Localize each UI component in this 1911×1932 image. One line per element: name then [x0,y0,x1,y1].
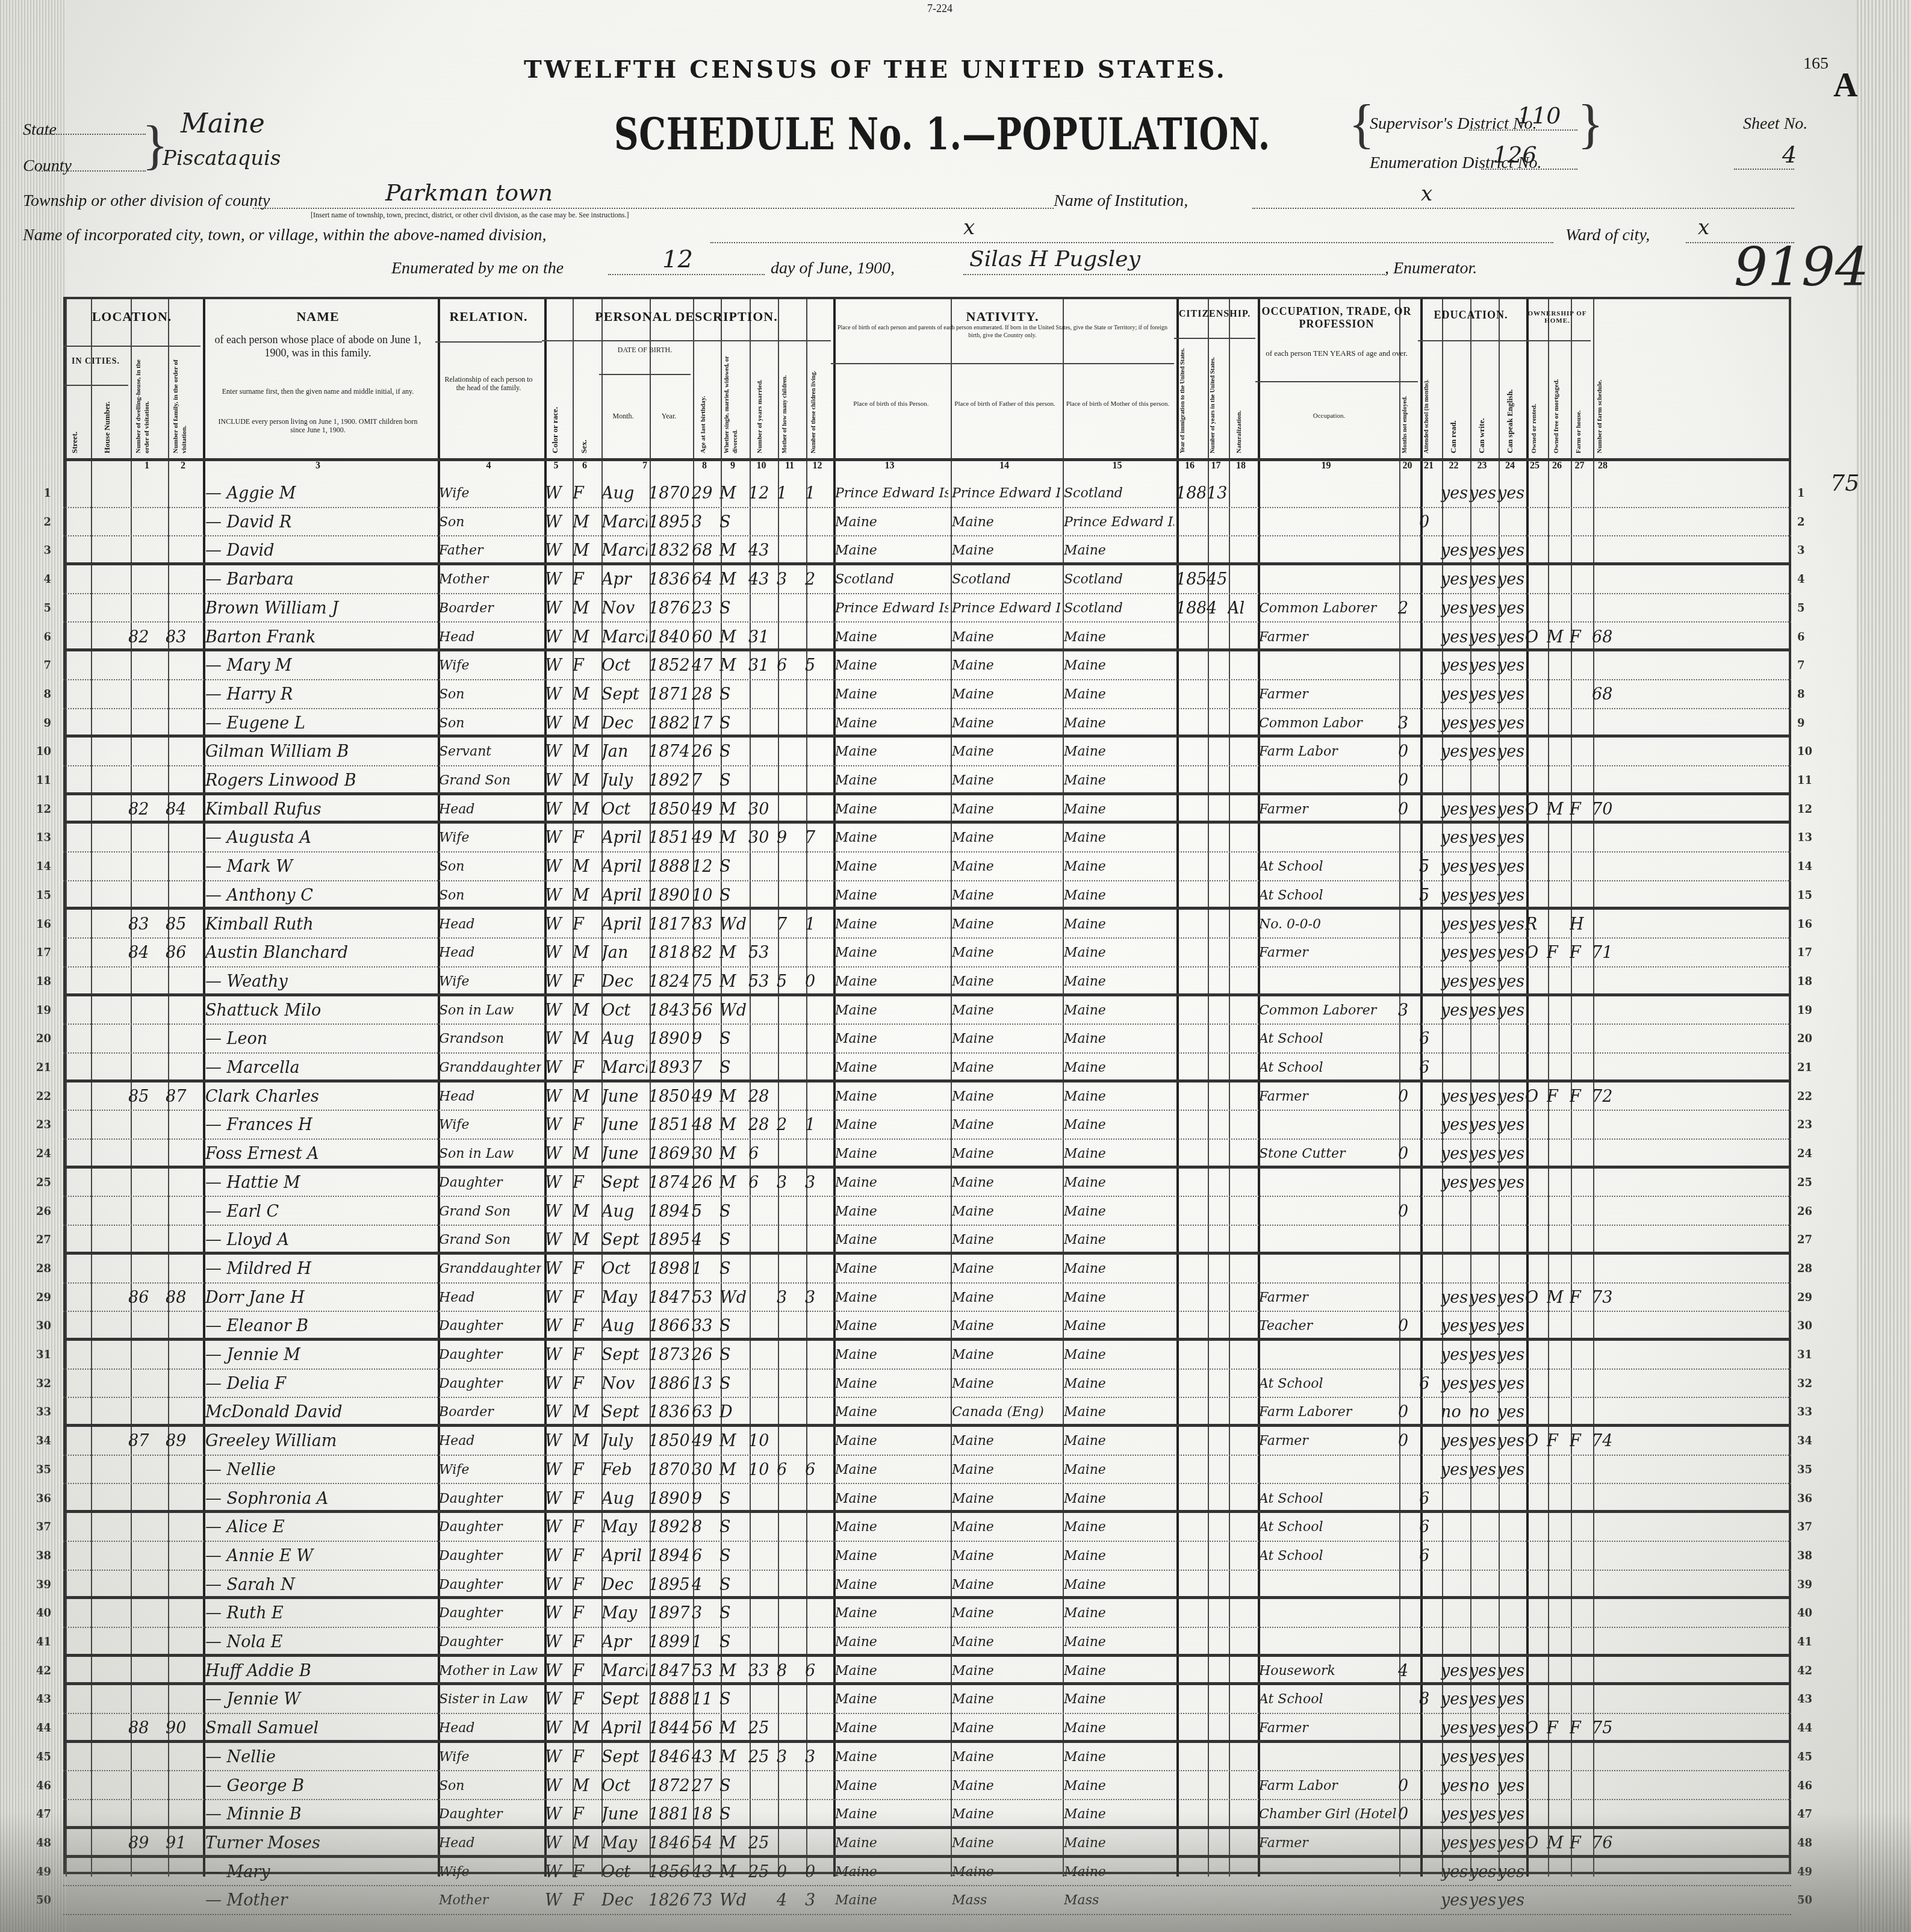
age: 7 [692,1056,718,1080]
months-unemployed [1398,941,1418,965]
birth-month: Feb [601,1458,647,1482]
owned-rented [1525,1200,1546,1224]
spacer [54,134,144,135]
can-read [1441,1515,1468,1539]
birthplace-father: Maine [952,626,1060,650]
table-row: 2424Foss Ernest ASon in LawWMJune186930M… [63,1140,1791,1169]
color-race: W [545,740,570,764]
can-read: yes [1441,740,1468,764]
can-speak-english: yes [1497,740,1524,764]
birthplace-father: Maine [952,1085,1060,1109]
relation: Head [439,1716,541,1741]
birthplace-mother: Maine [1064,1688,1174,1712]
sex: F [573,1286,598,1310]
can-write: no [1469,1774,1496,1798]
age: 9 [692,1027,718,1051]
mother-of-children [777,1228,804,1252]
months-unemployed [1398,1573,1418,1597]
line-number-right: 12 [1797,798,1821,822]
marital-status: S [719,1688,747,1712]
years-married: 43 [748,568,775,592]
marital-status: M [719,1745,747,1769]
months-unemployed [1398,1257,1418,1281]
line-number: 26 [27,1200,51,1224]
can-write: yes [1469,568,1496,592]
family-number: 88 [166,1286,200,1310]
birth-year: 1898 [648,1257,689,1281]
birth-month: March [601,1659,647,1683]
age: 7 [692,769,718,793]
years-in-us [1207,712,1226,736]
farm-house [1570,1659,1591,1683]
birthplace-mother: Maine [1064,539,1174,563]
table-row: 16168385Kimball RuthHeadWFApril181783Wd7… [63,910,1791,939]
children-living [805,884,831,908]
naturalization [1228,1257,1255,1281]
sex: F [573,1343,598,1367]
sex: F [573,1314,598,1338]
person-name: Greeley William [205,1429,434,1453]
table-row: 1111Rogers Linwood BGrand SonWMJuly18927… [63,766,1791,795]
naturalization [1228,539,1255,563]
family-number [166,539,200,563]
marital-status: M [719,1458,747,1482]
birthplace-mother: Maine [1064,1171,1174,1195]
birthplace-mother: Maine [1064,1085,1174,1109]
line-number: 34 [27,1429,51,1453]
farm-house [1570,1142,1591,1166]
age: 53 [692,1659,718,1683]
owned-rented [1525,1458,1546,1482]
birthplace-father: Maine [952,1142,1060,1166]
owned-rented [1525,1142,1546,1166]
birth-year: 1892 [648,1515,689,1539]
owned-rented [1525,1228,1546,1252]
can-write [1469,1200,1496,1224]
years-in-us [1207,769,1226,793]
family-number [166,740,200,764]
children-living [805,1515,831,1539]
can-read: yes [1441,884,1468,908]
birthplace-father: Maine [952,1257,1060,1281]
farm-house: H [1570,913,1591,937]
birthplace-father: Maine [952,884,1060,908]
color-race: W [545,1716,570,1741]
years-married: 12 [748,482,775,506]
birth-year: 1847 [648,1659,689,1683]
months-unemployed [1398,855,1418,879]
nativity-person-label: Place of birth of this Person. [837,399,945,409]
person-name: Shattuck Milo [205,999,434,1023]
farm-schedule-number [1592,1372,1616,1396]
school-months [1419,740,1440,764]
school-months [1419,798,1440,822]
nativity-description: Place of birth of each person and parent… [837,324,1168,340]
relation: Son [439,511,541,535]
months-unemployed [1398,511,1418,535]
years-married: 53 [748,941,775,965]
farm-house [1570,1630,1591,1654]
sex: F [573,654,598,678]
relation: Head [439,626,541,650]
can-read: yes [1441,970,1468,994]
marital-status: M [719,568,747,592]
birthplace-mother: Maine [1064,1429,1174,1453]
occupation: Farm Labor [1259,1774,1397,1798]
birthplace-father: Maine [952,1372,1060,1396]
family-number [166,1113,200,1137]
can-speak-english: yes [1497,1716,1524,1741]
school-months [1419,1142,1440,1166]
can-speak-english [1497,1200,1524,1224]
immigration-year [1176,539,1205,563]
years-in-us [1207,941,1226,965]
institution-label: Name of Institution, [1054,191,1188,211]
color-race: W [545,1228,570,1252]
children-living: 1 [805,913,831,937]
occupation [1259,568,1397,592]
person-name: Foss Ernest A [205,1142,434,1166]
children-living [805,1372,831,1396]
farm-schedule-number [1592,1515,1616,1539]
free-mortgaged: M [1547,798,1568,822]
naturalization [1228,1286,1255,1310]
occupation: At School [1259,1688,1397,1712]
occupation [1259,769,1397,793]
person-name: Huff Addie B [205,1659,434,1683]
birthplace-father: Maine [952,1113,1060,1137]
mother-of-children [777,798,804,822]
occupation: Common Labor [1259,712,1397,736]
naturalization [1228,1200,1255,1224]
birth-month: Sept [601,1745,647,1769]
immigration-year [1176,1056,1205,1080]
can-write: yes [1469,1314,1496,1338]
can-read [1441,1056,1468,1080]
name-instruction: Enter surname first, then the given name… [214,387,422,396]
farm-house [1570,1400,1591,1424]
occupation [1259,539,1397,563]
birthplace-person: Maine [835,1659,948,1683]
free-mortgaged: F [1547,1716,1568,1741]
colnum: 1 [128,461,166,471]
marital-status: M [719,1716,747,1741]
children-living: 0 [805,970,831,994]
age: 17 [692,712,718,736]
months-unemployed [1398,683,1418,707]
colnum: 12 [804,461,831,471]
immigration-year [1176,1745,1205,1769]
family-number [166,1228,200,1252]
family-number [166,1573,200,1597]
sex: F [573,482,598,506]
months-unemployed [1398,1228,1418,1252]
years-married [748,999,775,1023]
can-speak-english: yes [1497,482,1524,506]
birth-month: Dec [601,712,647,736]
table-row: 4343— Jennie WSister in LawWFSept188811S… [63,1685,1791,1714]
dwelling-number [128,1200,166,1224]
immigration-year: 1886 [1176,597,1205,621]
line-number: 18 [27,970,51,994]
township-note: [Insert name of township, town, precinct… [311,211,629,220]
hline [599,374,691,375]
farm-house [1570,654,1591,678]
free-mortgaged [1547,999,1568,1023]
birthplace-person: Maine [835,1228,948,1252]
relation: Granddaughter [439,1257,541,1281]
age: 8 [692,1515,718,1539]
farm-schedule-number [1592,1142,1616,1166]
table-row: 1010Gilman William BServantWMJan187426SM… [63,738,1791,766]
dwelling-number [128,1659,166,1683]
school-months [1419,1601,1440,1626]
school-months: 5 [1419,855,1440,879]
birth-year: 1890 [648,1027,689,1051]
birth-month: Oct [601,654,647,678]
immigration-year [1176,1716,1205,1741]
years-in-us [1207,654,1226,678]
mother-of-children: 2 [777,1113,804,1137]
date-of-birth-label: DATE OF BIRTH. [599,345,691,355]
birth-year: 1870 [648,1458,689,1482]
age: 47 [692,654,718,678]
birthplace-mother: Prince Edward Is [1064,511,1174,535]
naturalization [1228,1515,1255,1539]
marital-status: S [719,511,747,535]
sex: F [573,1257,598,1281]
free-mortgaged [1547,913,1568,937]
birth-year: 1818 [648,941,689,965]
birth-month: May [601,1286,647,1310]
dwelling-number [128,597,166,621]
hline [435,341,542,343]
marital-status: S [719,1544,747,1568]
age: 75 [692,970,718,994]
occupation [1259,654,1397,678]
line-number-right: 22 [1797,1085,1821,1109]
colnum: 13 [831,461,948,471]
family-number [166,1142,200,1166]
owned-rented [1525,740,1546,764]
dwelling-number [128,654,166,678]
line-number-right: 8 [1797,683,1821,707]
school-months [1419,826,1440,850]
birthplace-mother: Maine [1064,1544,1174,1568]
immigration-year [1176,970,1205,994]
months-unemployed [1398,1027,1418,1051]
table-row: 3232— Delia FDaughterWFNov188613SMaineMa… [63,1370,1791,1399]
owned-rented [1525,1171,1546,1195]
birthplace-mother: Maine [1064,769,1174,793]
school-months [1419,1228,1440,1252]
naturalization [1228,1056,1255,1080]
immigration-year [1176,1573,1205,1597]
farm-schedule-number [1592,1400,1616,1424]
birthplace-father: Maine [952,511,1060,535]
marital-status: S [719,769,747,793]
table-row: 2626— Earl CGrand SonWMAug18945SMaineMai… [63,1197,1791,1226]
marital-status: S [719,1573,747,1597]
immigration-year [1176,1343,1205,1367]
can-read [1441,511,1468,535]
sex: M [573,999,598,1023]
colnum: 7 [599,461,691,471]
family-number: 86 [166,941,200,965]
line-number-right: 18 [1797,970,1821,994]
immigration-year [1176,511,1205,535]
immigration-year [1176,712,1205,736]
birthplace-mother: Maine [1064,941,1174,965]
occupation [1259,1257,1397,1281]
family-number [166,826,200,850]
age: 63 [692,1400,718,1424]
table-row: 22— David RSonWMMarch18953SMaineMainePri… [63,508,1791,537]
can-write: yes [1469,539,1496,563]
birthplace-father: Maine [952,1228,1060,1252]
can-read: yes [1441,798,1468,822]
free-mortgaged [1547,1343,1568,1367]
hline [542,340,831,341]
farm-house [1570,482,1591,506]
birthplace-mother: Maine [1064,1487,1174,1511]
years-married [748,913,775,937]
person-name: — Barbara [205,568,434,592]
marital-status: S [719,1314,747,1338]
dwelling-number [128,1228,166,1252]
birthplace-father: Maine [952,539,1060,563]
line-number-right: 21 [1797,1056,1821,1080]
color-race: W [545,798,570,822]
months-unemployed: 0 [1398,769,1418,793]
can-read: yes [1441,1171,1468,1195]
marital-status: S [719,1372,747,1396]
marital-status: S [719,884,747,908]
can-write [1469,511,1496,535]
owned-rented [1525,568,1546,592]
years-married [748,1200,775,1224]
marital-status: M [719,539,747,563]
can-write [1469,769,1496,793]
sex: F [573,1630,598,1654]
months-unemployed [1398,1113,1418,1137]
sheet-letter: A [1833,66,1857,105]
birth-year: 1890 [648,1487,689,1511]
person-name: Clark Charles [205,1085,434,1109]
can-write: yes [1469,683,1496,707]
person-name: — Harry R [205,683,434,707]
dwelling-number [128,511,166,535]
school-months [1419,1286,1440,1310]
years-married [748,1544,775,1568]
immigration-year [1176,1257,1205,1281]
birth-year: 1894 [648,1544,689,1568]
can-read [1441,1200,1468,1224]
birthplace-mother: Maine [1064,1142,1174,1166]
birthplace-father: Maine [952,1745,1060,1769]
vh-dwelling: Number of dwelling-house, in the order o… [134,351,151,453]
dwelling-number [128,1372,166,1396]
table-row: 29298688Dorr Jane HHeadWFMay184753Wd33Ma… [63,1284,1791,1312]
can-read: yes [1441,1113,1468,1137]
person-name: Kimball Ruth [205,913,434,937]
birth-year: 1866 [648,1314,689,1338]
birth-month: Apr [601,568,647,592]
can-read: yes [1441,1659,1468,1683]
colnum: 3 [200,461,435,471]
birth-year: 1895 [648,1228,689,1252]
birth-year: 1851 [648,826,689,850]
vh-attended-school: Attended school (in months). [1423,345,1431,453]
color-race: W [545,1372,570,1396]
birth-month: June [601,1085,647,1109]
group-personal: PERSONAL DESCRIPTION. [542,309,831,325]
line-number: 23 [27,1113,51,1137]
birth-year: 1873 [648,1343,689,1367]
table-row: 11— Aggie MWifeWFAug187029M1211Prince Ed… [63,479,1791,508]
years-in-us [1207,1544,1226,1568]
children-living: 7 [805,826,831,850]
school-months: 5 [1419,884,1440,908]
years-in-us [1207,1458,1226,1482]
farm-house [1570,1372,1591,1396]
sex: M [573,1429,598,1453]
group-education: EDUCATION. [1418,309,1524,321]
years-in-us [1207,884,1226,908]
can-speak-english: yes [1497,1745,1524,1769]
can-speak-english: yes [1497,826,1524,850]
birth-year: 1892 [648,769,689,793]
children-living: 6 [805,1659,831,1683]
immigration-year [1176,1515,1205,1539]
can-read: no [1441,1400,1468,1424]
can-speak-english: yes [1497,1142,1524,1166]
years-married [748,1056,775,1080]
sex: M [573,1085,598,1109]
farm-schedule-number [1592,970,1616,994]
colnum: 27 [1568,461,1591,471]
can-speak-english: yes [1497,1171,1524,1195]
person-name: — Mary M [205,654,434,678]
relation: Son [439,712,541,736]
sex: F [573,568,598,592]
school-months [1419,1400,1440,1424]
free-mortgaged [1547,855,1568,879]
birth-month: Sept [601,1688,647,1712]
birth-month: April [601,913,647,937]
birth-year: 1893 [648,1056,689,1080]
birthplace-mother: Maine [1064,1286,1174,1310]
marital-status: Wd [719,913,747,937]
immigration-year [1176,855,1205,879]
table-row: 34348789Greeley WilliamHeadWMJuly185049M… [63,1427,1791,1456]
owned-rented: O [1525,1286,1546,1310]
color-race: W [545,1286,570,1310]
dwelling-number: 82 [128,626,166,650]
years-married: 30 [748,798,775,822]
marital-status: S [719,855,747,879]
farm-schedule-number [1592,1343,1616,1367]
birthplace-mother: Maine [1064,826,1174,850]
naturalization [1228,826,1255,850]
immigration-year: 1855 [1176,568,1205,592]
farm-schedule-number [1592,1688,1616,1712]
age: 6 [692,1544,718,1568]
naturalization [1228,740,1255,764]
year-label: Year. [647,411,691,421]
mother-of-children [777,1400,804,1424]
mother-of-children [777,511,804,535]
